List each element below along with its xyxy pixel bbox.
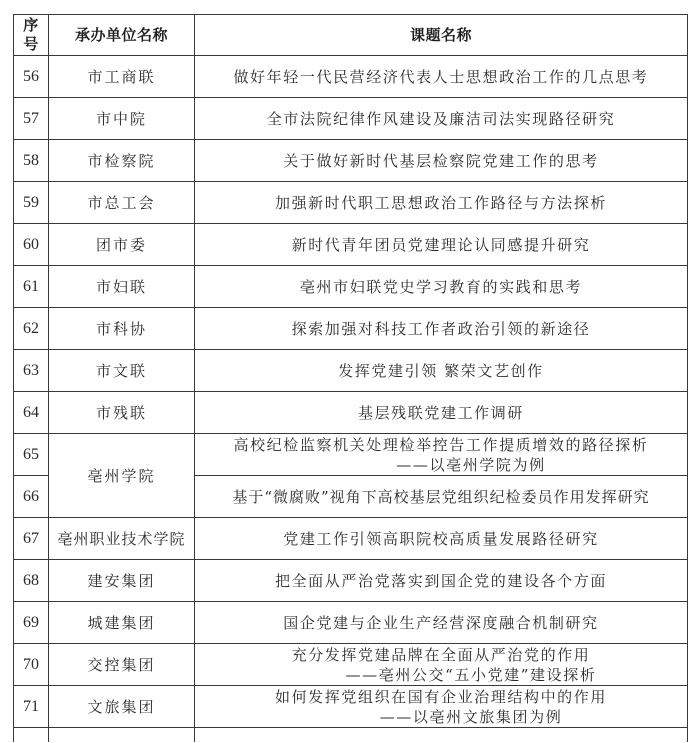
table-row: 64 市残联 基层残联党建工作调研 xyxy=(14,392,688,434)
row-unit: 团市委 xyxy=(49,224,195,266)
table-row: 65 亳州学院 高校纪检监察机关处理检举控告工作提质增效的路径探析 ——以亳州学… xyxy=(14,434,688,476)
row-topic: 国企党建与企业生产经营深度融合机制研究 xyxy=(195,602,688,644)
header-serial-line1: 序 xyxy=(14,16,48,35)
table-row: 57 市中院 全市法院纪律作风建设及廉洁司法实现路径研究 xyxy=(14,98,688,140)
row-topic: 把全面从严治党落实到国企党的建设各个方面 xyxy=(195,560,688,602)
row-unit-cut xyxy=(49,728,195,743)
row-topic: 新时代青年团员党建理论认同感提升研究 xyxy=(195,224,688,266)
row-unit: 交控集团 xyxy=(49,644,195,686)
table-row: 71 文旅集团 如何发挥党组织在国有企业治理结构中的作用 ——以亳州文旅集团为例 xyxy=(14,686,688,728)
header-topic-name: 课题名称 xyxy=(195,15,688,56)
research-topic-table: 序 号 承办单位名称 课题名称 56 市工商联 做好年轻一代民营经济代表人士思想… xyxy=(13,14,688,742)
row-unit: 市总工会 xyxy=(49,182,195,224)
table-row: 59 市总工会 加强新时代职工思想政治工作路径与方法探析 xyxy=(14,182,688,224)
row-unit: 城建集团 xyxy=(49,602,195,644)
row-number: 64 xyxy=(14,392,49,434)
row-number: 66 xyxy=(14,476,49,518)
topic-table-container: 序 号 承办单位名称 课题名称 56 市工商联 做好年轻一代民营经济代表人士思想… xyxy=(13,14,687,742)
table-row: 70 交控集团 充分发挥党建品牌在全面从严治党的作用 ——亳州公交“五小党建”建… xyxy=(14,644,688,686)
row-unit: 市中院 xyxy=(49,98,195,140)
row-unit: 市工商联 xyxy=(49,56,195,98)
row-number: 69 xyxy=(14,602,49,644)
row-topic: 全市法院纪律作风建设及廉洁司法实现路径研究 xyxy=(195,98,688,140)
row-number: 70 xyxy=(14,644,49,686)
row-topic: 充分发挥党建品牌在全面从严治党的作用 ——亳州公交“五小党建”建设探析 xyxy=(195,644,688,686)
table-row: 68 建安集团 把全面从严治党落实到国企党的建设各个方面 xyxy=(14,560,688,602)
row-unit: 市文联 xyxy=(49,350,195,392)
row-unit: 市妇联 xyxy=(49,266,195,308)
table-row: 62 市科协 探索加强对科技工作者政治引领的新途径 xyxy=(14,308,688,350)
row-topic: 高校纪检监察机关处理检举控告工作提质增效的路径探析 ——以亳州学院为例 xyxy=(195,434,688,476)
row-topic: 亳州市妇联党史学习教育的实践和思考 xyxy=(195,266,688,308)
row-topic-cut xyxy=(195,728,688,743)
row-topic: 党建工作引领高职院校高质量发展路径研究 xyxy=(195,518,688,560)
row-number: 67 xyxy=(14,518,49,560)
row-topic-main: 高校纪检监察机关处理检举控告工作提质增效的路径探析 xyxy=(195,435,687,455)
row-topic-subtitle: ——亳州公交“五小党建”建设探析 xyxy=(195,665,687,685)
row-number: 57 xyxy=(14,98,49,140)
row-topic: 做好年轻一代民营经济代表人士思想政治工作的几点思考 xyxy=(195,56,688,98)
table-row: 58 市检察院 关于做好新时代基层检察院党建工作的思考 xyxy=(14,140,688,182)
table-row-partial xyxy=(14,728,688,743)
row-number: 61 xyxy=(14,266,49,308)
row-number: 58 xyxy=(14,140,49,182)
row-unit: 市科协 xyxy=(49,308,195,350)
row-number: 71 xyxy=(14,686,49,728)
row-topic-main: 如何发挥党组织在国有企业治理结构中的作用 xyxy=(195,687,687,707)
row-number: 68 xyxy=(14,560,49,602)
row-topic: 基层残联党建工作调研 xyxy=(195,392,688,434)
row-number: 56 xyxy=(14,56,49,98)
table-row: 69 城建集团 国企党建与企业生产经营深度融合机制研究 xyxy=(14,602,688,644)
row-topic: 如何发挥党组织在国有企业治理结构中的作用 ——以亳州文旅集团为例 xyxy=(195,686,688,728)
row-topic: 探索加强对科技工作者政治引领的新途径 xyxy=(195,308,688,350)
table-row: 67 亳州职业技术学院 党建工作引领高职院校高质量发展路径研究 xyxy=(14,518,688,560)
table-row: 63 市文联 发挥党建引领 繁荣文艺创作 xyxy=(14,350,688,392)
row-number: 59 xyxy=(14,182,49,224)
row-number-cut xyxy=(14,728,49,743)
row-unit-merged: 亳州学院 xyxy=(49,434,195,518)
header-unit-name: 承办单位名称 xyxy=(49,15,195,56)
header-serial-line2: 号 xyxy=(14,35,48,54)
row-topic-subtitle: ——以亳州文旅集团为例 xyxy=(195,707,687,727)
row-unit: 市残联 xyxy=(49,392,195,434)
header-serial-number: 序 号 xyxy=(14,15,49,56)
row-topic: 关于做好新时代基层检察院党建工作的思考 xyxy=(195,140,688,182)
row-unit: 文旅集团 xyxy=(49,686,195,728)
row-unit: 亳州职业技术学院 xyxy=(49,518,195,560)
table-header-row: 序 号 承办单位名称 课题名称 xyxy=(14,15,688,56)
table-row: 61 市妇联 亳州市妇联党史学习教育的实践和思考 xyxy=(14,266,688,308)
row-topic: 基于“微腐败”视角下高校基层党组织纪检委员作用发挥研究 xyxy=(195,476,688,518)
row-topic-main: 充分发挥党建品牌在全面从严治党的作用 xyxy=(195,645,687,665)
row-number: 60 xyxy=(14,224,49,266)
row-unit: 建安集团 xyxy=(49,560,195,602)
row-topic-subtitle: ——以亳州学院为例 xyxy=(195,455,687,475)
row-topic: 发挥党建引领 繁荣文艺创作 xyxy=(195,350,688,392)
row-unit: 市检察院 xyxy=(49,140,195,182)
row-topic: 加强新时代职工思想政治工作路径与方法探析 xyxy=(195,182,688,224)
row-number: 63 xyxy=(14,350,49,392)
table-row: 60 团市委 新时代青年团员党建理论认同感提升研究 xyxy=(14,224,688,266)
table-row: 56 市工商联 做好年轻一代民营经济代表人士思想政治工作的几点思考 xyxy=(14,56,688,98)
row-number: 65 xyxy=(14,434,49,476)
row-number: 62 xyxy=(14,308,49,350)
